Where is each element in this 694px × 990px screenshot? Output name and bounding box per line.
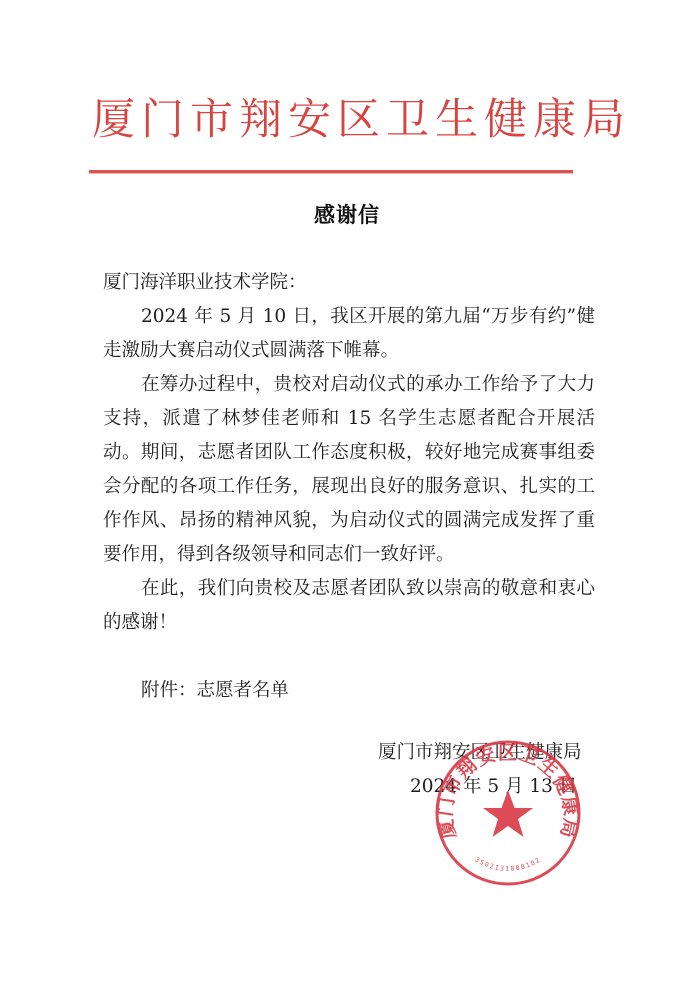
paragraph-1: 2024 年 5 月 10 日，我区开展的第九届“万步有约”健走激励大赛启动仪式…: [103, 300, 595, 368]
letterhead-divider: [89, 170, 573, 174]
signature-org: 厦门市翔安区卫生健康局: [378, 736, 618, 770]
svg-text:3502131808182: 3502131808182: [474, 855, 543, 872]
paragraph-2: 在筹办过程中，贵校对启动仪式的承办工作给予了大力支持，派遣了林梦佳老师和 15 …: [103, 368, 595, 572]
paragraph-3: 在此，我们向贵校及志愿者团队致以崇高的敬意和衷心的感谢！: [103, 572, 595, 640]
letter-body: 厦门海洋职业技术学院： 2024 年 5 月 10 日，我区开展的第九届“万步有…: [103, 266, 595, 708]
letter-title: 感谢信: [0, 199, 694, 229]
seal-serial: 3502131808182: [474, 855, 543, 872]
salutation: 厦门海洋职业技术学院：: [103, 266, 595, 300]
letterhead-title: 厦门市翔安区卫生健康局: [92, 94, 602, 146]
signature-date: 2024 年 5 月 13 日: [378, 770, 618, 804]
document-page: 厦门市翔安区卫生健康局 感谢信 厦门海洋职业技术学院： 2024 年 5 月 1…: [0, 0, 694, 990]
signature-block: 厦门市翔安区卫生健康局 2024 年 5 月 13 日: [378, 736, 618, 804]
attachment-note: 附件：志愿者名单: [103, 674, 595, 708]
